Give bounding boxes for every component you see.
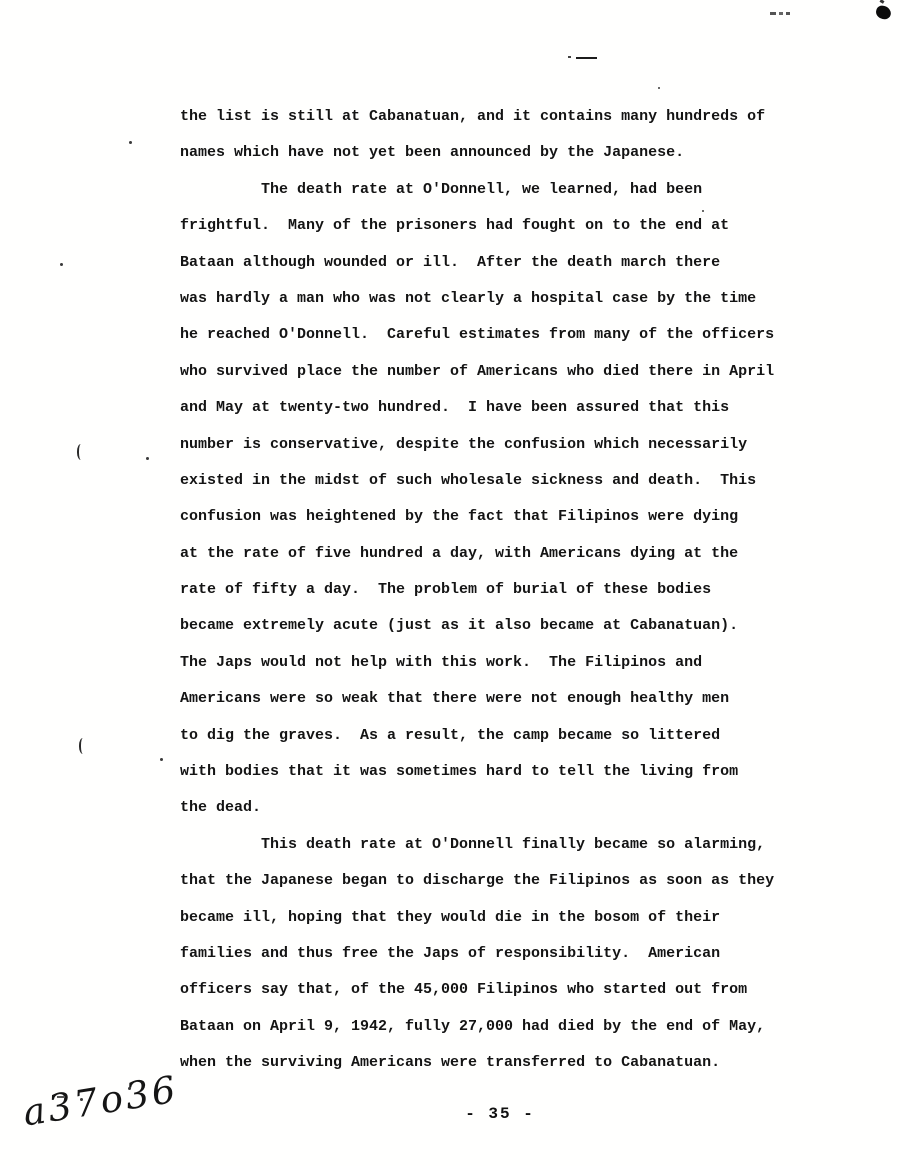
text-line: and May at twenty-two hundred. I have be… bbox=[180, 390, 860, 426]
scan-artifact-blob bbox=[875, 4, 893, 20]
text-line: Americans were so weak that there were n… bbox=[180, 681, 860, 717]
text-line: Bataan on April 9, 1942, fully 27,000 ha… bbox=[180, 1009, 860, 1045]
text-line: names which have not yet been announced … bbox=[180, 135, 860, 171]
text-line: the dead. bbox=[180, 790, 860, 826]
text-line: was hardly a man who was not clearly a h… bbox=[180, 281, 860, 317]
text-line: This death rate at O'Donnell finally bec… bbox=[180, 827, 860, 863]
scan-artifact-speck bbox=[146, 457, 149, 460]
text-line: rate of fifty a day. The problem of buri… bbox=[180, 572, 860, 608]
text-line: The death rate at O'Donnell, we learned,… bbox=[180, 172, 860, 208]
scan-artifact-dash bbox=[576, 57, 597, 59]
scan-artifact-speck bbox=[880, 0, 885, 4]
text-line: that the Japanese began to discharge the… bbox=[180, 863, 860, 899]
text-line: with bodies that it was sometimes hard t… bbox=[180, 754, 860, 790]
text-line: frightful. Many of the prisoners had fou… bbox=[180, 208, 860, 244]
text-line: at the rate of five hundred a day, with … bbox=[180, 536, 860, 572]
scan-artifact-paren-mark bbox=[77, 444, 85, 460]
scan-artifact-paren-mark bbox=[79, 738, 87, 754]
scan-artifact-speck bbox=[658, 87, 660, 89]
text-line: officers say that, of the 45,000 Filipin… bbox=[180, 972, 860, 1008]
text-line: became extremely acute (just as it also … bbox=[180, 608, 860, 644]
text-line: existed in the midst of such wholesale s… bbox=[180, 463, 860, 499]
scan-artifact-speck bbox=[60, 263, 63, 266]
text-line: when the surviving Americans were transf… bbox=[180, 1045, 860, 1081]
scan-artifact-speck bbox=[129, 141, 132, 144]
text-line: the list is still at Cabanatuan, and it … bbox=[180, 99, 860, 135]
scan-artifact-speck bbox=[160, 758, 163, 761]
text-line: who survived place the number of America… bbox=[180, 354, 860, 390]
scan-artifact-dot bbox=[568, 56, 571, 58]
text-line: confusion was heightened by the fact tha… bbox=[180, 499, 860, 535]
text-line: The Japs would not help with this work. … bbox=[180, 645, 860, 681]
text-line: to dig the graves. As a result, the camp… bbox=[180, 718, 860, 754]
text-line: he reached O'Donnell. Careful estimates … bbox=[180, 317, 860, 353]
text-line: families and thus free the Japs of respo… bbox=[180, 936, 860, 972]
page-number: - 35 - bbox=[420, 1105, 580, 1123]
document-page: the list is still at Cabanatuan, and it … bbox=[0, 0, 900, 1166]
text-line: number is conservative, despite the conf… bbox=[180, 427, 860, 463]
handwritten-note: a37o36 bbox=[20, 1068, 181, 1135]
scan-artifact-dashes bbox=[770, 12, 800, 15]
text-line: became ill, hoping that they would die i… bbox=[180, 900, 860, 936]
document-body: the list is still at Cabanatuan, and it … bbox=[180, 99, 860, 1082]
text-line: Bataan although wounded or ill. After th… bbox=[180, 245, 860, 281]
